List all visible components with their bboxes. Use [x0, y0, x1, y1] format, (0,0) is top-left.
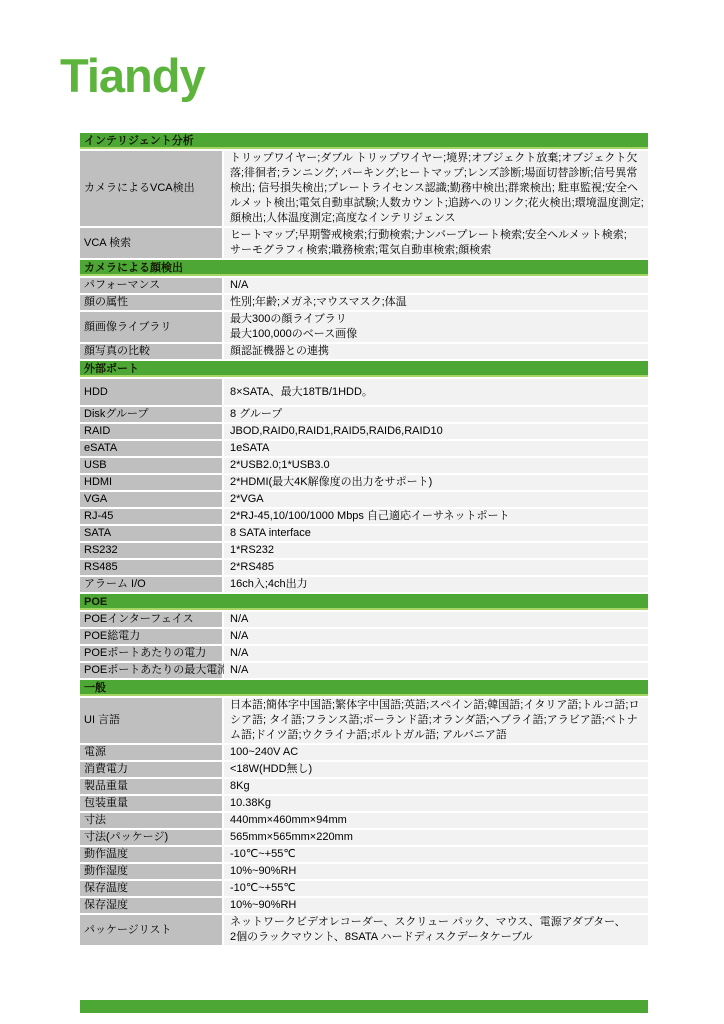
spec-row: 顔の属性性別;年齢;メガネ;マウスマスク;体温: [80, 295, 648, 310]
spec-row: Diskグループ8 グループ: [80, 407, 648, 422]
spec-value: 2*USB2.0;1*USB3.0: [224, 458, 648, 473]
spec-label: HDMI: [80, 475, 222, 490]
spec-value: 8 SATA interface: [224, 526, 648, 541]
spec-row: VCA 検索ヒートマップ;早期警戒検索;行動検索;ナンバープレート検索;安全ヘル…: [80, 228, 648, 258]
spec-row: 動作湿度10%~90%RH: [80, 864, 648, 879]
spec-row: VGA2*VGA: [80, 492, 648, 507]
spec-label: 電源: [80, 745, 222, 760]
spec-value: N/A: [224, 646, 648, 661]
section-header: POE: [80, 594, 648, 610]
footer-green-bar: [80, 1000, 648, 1013]
spec-row: パッケージリストネットワークビデオレコーダー、スクリュー パック、マウス、電源ア…: [80, 915, 648, 945]
spec-label: RS485: [80, 560, 222, 575]
spec-label: 製品重量: [80, 779, 222, 794]
spec-label: VCA 検索: [80, 228, 222, 258]
spec-label: POEインターフェイス: [80, 612, 222, 627]
spec-value: N/A: [224, 663, 648, 678]
spec-label: 顔画像ライブラリ: [80, 312, 222, 342]
spec-label: POE総電力: [80, 629, 222, 644]
spec-label: 動作温度: [80, 847, 222, 862]
spec-value: 日本語;簡体字中国語;繁体字中国語;英語;スペイン語;韓国語;イタリア語;トルコ…: [224, 698, 648, 743]
spec-table: インテリジェント分析カメラによるVCA検出トリップワイヤー;ダブル トリップワイ…: [80, 133, 648, 947]
spec-row: 電源100~240V AC: [80, 745, 648, 760]
section-header: 一般: [80, 680, 648, 696]
spec-value: 8 グループ: [224, 407, 648, 422]
spec-value: 10%~90%RH: [224, 864, 648, 879]
spec-row: SATA8 SATA interface: [80, 526, 648, 541]
spec-label: パッケージリスト: [80, 915, 222, 945]
spec-value: 1*RS232: [224, 543, 648, 558]
spec-row: POE総電力N/A: [80, 629, 648, 644]
spec-value: トリップワイヤー;ダブル トリップワイヤー;境界;オブジェクト放棄;オブジェクト…: [224, 151, 648, 226]
spec-label: eSATA: [80, 441, 222, 456]
spec-row: USB2*USB2.0;1*USB3.0: [80, 458, 648, 473]
spec-label: 顔写真の比較: [80, 344, 222, 359]
spec-value: 8Kg: [224, 779, 648, 794]
spec-value: ネットワークビデオレコーダー、スクリュー パック、マウス、電源アダプター、 2個…: [224, 915, 648, 945]
spec-row: POEポートあたりの電力N/A: [80, 646, 648, 661]
spec-value: 100~240V AC: [224, 745, 648, 760]
spec-value: 性別;年齢;メガネ;マウスマスク;体温: [224, 295, 648, 310]
spec-value: N/A: [224, 612, 648, 627]
spec-row: RS2321*RS232: [80, 543, 648, 558]
spec-value: 最大300の顔ライブラリ 最大100,000のベース画像: [224, 312, 648, 342]
spec-label: RAID: [80, 424, 222, 439]
spec-row: RAIDJBOD,RAID0,RAID1,RAID5,RAID6,RAID10: [80, 424, 648, 439]
spec-value: <18W(HDD無し): [224, 762, 648, 777]
section-header: カメラによる顔検出: [80, 260, 648, 276]
spec-label: アラーム I/O: [80, 577, 222, 592]
spec-value: JBOD,RAID0,RAID1,RAID5,RAID6,RAID10: [224, 424, 648, 439]
spec-value: 10%~90%RH: [224, 898, 648, 913]
spec-label: 保存温度: [80, 881, 222, 896]
spec-value: 16ch入;4ch出力: [224, 577, 648, 592]
brand-logo: Tiandy: [60, 48, 205, 103]
spec-label: SATA: [80, 526, 222, 541]
spec-row: 保存湿度10%~90%RH: [80, 898, 648, 913]
spec-row: RS4852*RS485: [80, 560, 648, 575]
spec-row: HDMI2*HDMI(最大4K解像度の出力をサポート): [80, 475, 648, 490]
spec-value: 1eSATA: [224, 441, 648, 456]
spec-value: 顔認証機器との連携: [224, 344, 648, 359]
spec-label: 保存湿度: [80, 898, 222, 913]
spec-row: 製品重量8Kg: [80, 779, 648, 794]
spec-label: 寸法(パッケージ): [80, 830, 222, 845]
spec-row: アラーム I/O16ch入;4ch出力: [80, 577, 648, 592]
spec-label: 顔の属性: [80, 295, 222, 310]
spec-value: ヒートマップ;早期警戒検索;行動検索;ナンバープレート検索;安全ヘルメット検索;…: [224, 228, 648, 258]
spec-value: 8×SATA、最大18TB/1HDD。: [224, 379, 648, 405]
spec-label: 消費電力: [80, 762, 222, 777]
spec-value: 10.38Kg: [224, 796, 648, 811]
spec-value: 2*RJ-45,10/100/1000 Mbps 自己適応イーサネットポート: [224, 509, 648, 524]
spec-value: 440mm×460mm×94mm: [224, 813, 648, 828]
spec-value: -10℃~+55℃: [224, 847, 648, 862]
spec-row: eSATA1eSATA: [80, 441, 648, 456]
spec-row: 寸法440mm×460mm×94mm: [80, 813, 648, 828]
spec-value: N/A: [224, 629, 648, 644]
spec-row: 包装重量10.38Kg: [80, 796, 648, 811]
spec-row: UI 言語日本語;簡体字中国語;繁体字中国語;英語;スペイン語;韓国語;イタリア…: [80, 698, 648, 743]
spec-label: UI 言語: [80, 698, 222, 743]
spec-row: 保存温度-10℃~+55℃: [80, 881, 648, 896]
spec-row: カメラによるVCA検出トリップワイヤー;ダブル トリップワイヤー;境界;オブジェ…: [80, 151, 648, 226]
spec-label: HDD: [80, 379, 222, 405]
spec-row: 消費電力<18W(HDD無し): [80, 762, 648, 777]
spec-row: 顔写真の比較顔認証機器との連携: [80, 344, 648, 359]
spec-value: 2*HDMI(最大4K解像度の出力をサポート): [224, 475, 648, 490]
spec-row: POEポートあたりの最大電流N/A: [80, 663, 648, 678]
spec-label: RJ-45: [80, 509, 222, 524]
spec-label: 包装重量: [80, 796, 222, 811]
spec-value: 2*RS485: [224, 560, 648, 575]
spec-row: RJ-452*RJ-45,10/100/1000 Mbps 自己適応イーサネット…: [80, 509, 648, 524]
spec-row: HDD8×SATA、最大18TB/1HDD。: [80, 379, 648, 405]
section-header: 外部ポート: [80, 361, 648, 377]
spec-value: N/A: [224, 278, 648, 293]
spec-value: -10℃~+55℃: [224, 881, 648, 896]
spec-row: 寸法(パッケージ)565mm×565mm×220mm: [80, 830, 648, 845]
spec-label: VGA: [80, 492, 222, 507]
spec-label: POEポートあたりの最大電流: [80, 663, 222, 678]
spec-label: RS232: [80, 543, 222, 558]
spec-row: POEインターフェイスN/A: [80, 612, 648, 627]
section-header: インテリジェント分析: [80, 133, 648, 149]
spec-label: 動作湿度: [80, 864, 222, 879]
spec-value: 565mm×565mm×220mm: [224, 830, 648, 845]
spec-row: 顔画像ライブラリ最大300の顔ライブラリ 最大100,000のベース画像: [80, 312, 648, 342]
spec-label: USB: [80, 458, 222, 473]
spec-value: 2*VGA: [224, 492, 648, 507]
spec-label: POEポートあたりの電力: [80, 646, 222, 661]
spec-label: Diskグループ: [80, 407, 222, 422]
spec-row: 動作温度-10℃~+55℃: [80, 847, 648, 862]
spec-label: カメラによるVCA検出: [80, 151, 222, 226]
spec-label: 寸法: [80, 813, 222, 828]
spec-row: パフォーマンスN/A: [80, 278, 648, 293]
spec-label: パフォーマンス: [80, 278, 222, 293]
